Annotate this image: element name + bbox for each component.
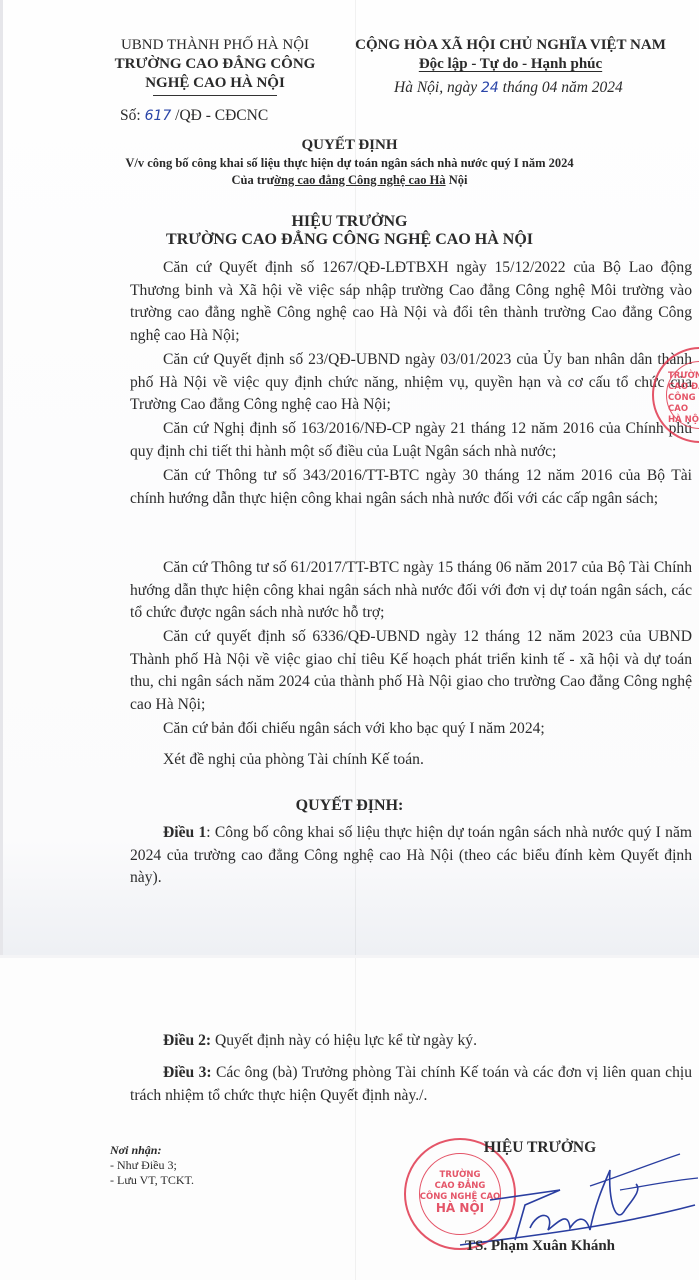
recipient-item: - Như Điều 3; [110, 1158, 194, 1173]
recipients-block: Nơi nhận: - Như Điều 3; - Lưu VT, TCKT. [110, 1143, 194, 1188]
document-number: Số: 617 /QĐ - CĐCNC [120, 107, 268, 125]
proposal-basis: Xét đề nghị của phòng Tài chính Kế toán. [130, 749, 692, 772]
legal-basis-7: Căn cứ bản đối chiếu ngân sách với kho b… [130, 718, 692, 741]
article-1: Điều 1: Công bố công khai số liệu thực h… [130, 822, 692, 890]
nation-name: CỘNG HÒA XÃ HỘI CHỦ NGHĨA VIỆT NAM [318, 36, 699, 55]
parent-agency: UBND THÀNH PHỐ HÀ NỘI [90, 36, 340, 55]
school-name-line1: TRƯỜNG CAO ĐẲNG CÔNG [90, 55, 340, 74]
legal-basis-6: Căn cứ quyết định số 6336/QĐ-UBND ngày 1… [130, 626, 692, 716]
document-date: Hà Nội, ngày 24 tháng 04 năm 2024 [394, 79, 623, 97]
signer-name: TS. Phạm Xuân Khánh [440, 1238, 640, 1255]
handwritten-day: 24 [481, 80, 499, 96]
paper-fold-line [355, 958, 356, 1280]
school-name-line2: NGHỆ CAO HÀ NỘI [90, 74, 340, 93]
header-underline [153, 95, 277, 96]
legal-basis-2: Căn cứ Quyết định số 23/QĐ-UBND ngày 03/… [130, 349, 692, 417]
document-page-1: UBND THÀNH PHỐ HÀ NỘI TRƯỜNG CAO ĐẲNG CÔ… [0, 0, 699, 955]
legal-basis-3: Căn cứ Nghị định số 163/2016/NĐ-CP ngày … [130, 418, 692, 463]
article-2: Điều 2: Quyết định này có hiệu lực kể từ… [130, 1030, 692, 1053]
recipients-heading: Nơi nhận: [110, 1143, 194, 1158]
document-subject-line2: Của trường cao đẳng Công nghệ cao Hà Nội [0, 173, 699, 188]
issuing-authority-block: UBND THÀNH PHỐ HÀ NỘI TRƯỜNG CAO ĐẲNG CÔ… [90, 36, 340, 96]
authority-title: HIỆU TRƯỞNG [0, 213, 699, 231]
national-header: CỘNG HÒA XÃ HỘI CHỦ NGHĨA VIỆT NAM Độc l… [318, 36, 699, 74]
handwritten-number: 617 [145, 108, 172, 124]
authority-school: TRƯỜNG CAO ĐẲNG CÔNG NGHỆ CAO HÀ NỘI [0, 231, 699, 249]
national-motto: Độc lập - Tự do - Hạnh phúc [419, 56, 602, 72]
recipient-item: - Lưu VT, TCKT. [110, 1173, 194, 1188]
document-type: QUYẾT ĐỊNH [0, 137, 699, 154]
article-3: Điều 3: Các ông (bà) Trưởng phòng Tài ch… [130, 1062, 692, 1107]
legal-basis-1: Căn cứ Quyết định số 1267/QĐ-LĐTBXH ngày… [130, 257, 692, 347]
decision-heading: QUYẾT ĐỊNH: [0, 797, 699, 815]
document-subject: V/v công bố công khai số liệu thực hiện … [0, 156, 699, 171]
legal-basis-4: Căn cứ Thông tư số 343/2016/TT-BTC ngày … [130, 465, 692, 510]
legal-basis-5: Căn cứ Thông tư số 61/2017/TT-BTC ngày 1… [130, 557, 692, 625]
